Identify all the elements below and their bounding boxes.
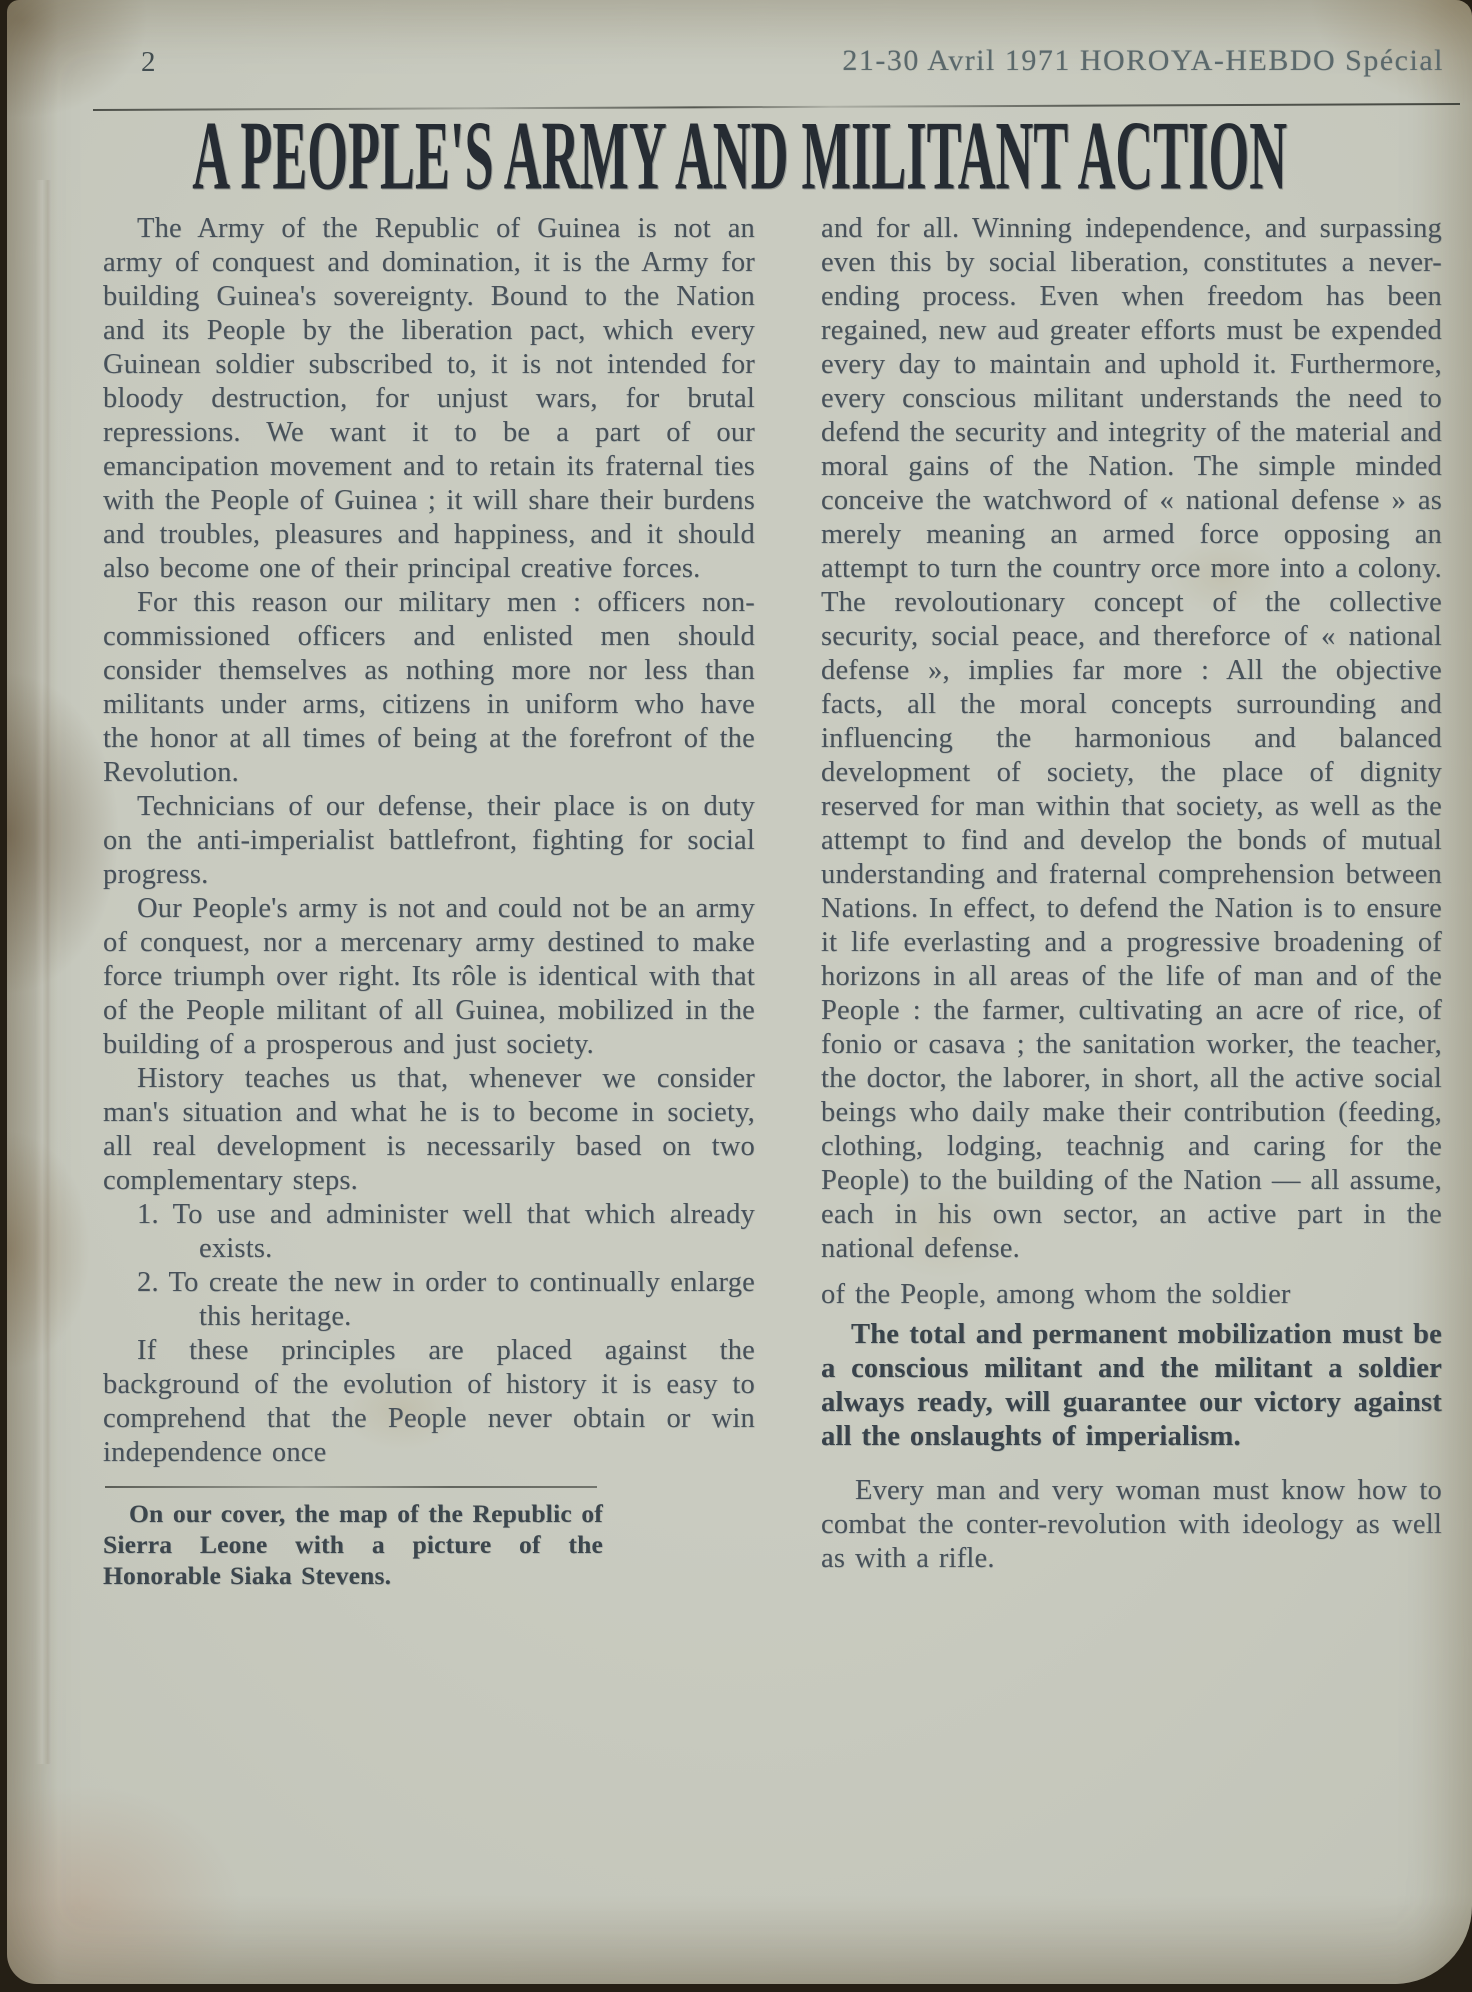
paragraph-every-man: Every man and very woman must know how t… xyxy=(821,1474,1442,1576)
numbered-list-item-1: 1. To use and administer well that which… xyxy=(103,1198,755,1266)
page-number: 2 xyxy=(141,46,157,79)
paragraph-army-intro: The Army of the Republic of Guinea is no… xyxy=(103,212,755,586)
page-header: 2 21-30 Avril 1971 HOROYA-HEBDO Spécial xyxy=(135,44,1444,84)
paragraph-principles: If these principles are placed against t… xyxy=(103,1334,755,1470)
paragraph-mobilization-bold: The total and permanent mobilization mus… xyxy=(821,1318,1442,1454)
article-title: A PEOPLE'S ARMY AND MILITANT ACTION xyxy=(192,105,1287,207)
cover-footnote: On our cover, the map of the Republic of… xyxy=(103,1498,603,1591)
article-title-wrap: A PEOPLE'S ARMY AND MILITANT ACTION xyxy=(7,98,1472,214)
paper-sheet: 2 21-30 Avril 1971 HOROYA-HEBDO Spécial … xyxy=(7,0,1472,1984)
paragraph-orphan-line: of the People, among whom the soldier xyxy=(821,1278,1442,1312)
paragraph-peoples-army: Our People's army is not and could not b… xyxy=(103,892,755,1062)
paragraph-history: History teaches us that, whenever we con… xyxy=(103,1062,755,1198)
paragraph-national-defense: and for all. Winning independence, and s… xyxy=(821,212,1442,1266)
left-column: The Army of the Republic of Guinea is no… xyxy=(103,212,755,1591)
paper-crease xyxy=(35,180,51,1764)
numbered-list-item-2: 2. To create the new in order to continu… xyxy=(103,1266,755,1334)
footnote-rule xyxy=(105,1486,597,1488)
article-body: The Army of the Republic of Guinea is no… xyxy=(103,212,1442,1591)
right-column: and for all. Winning independence, and s… xyxy=(821,212,1442,1591)
scanned-newspaper-page: 2 21-30 Avril 1971 HOROYA-HEBDO Spécial … xyxy=(0,0,1472,1992)
paragraph-military-men: For this reason our military men : offic… xyxy=(103,586,755,790)
issue-date: 21-30 Avril 1971 HOROYA-HEBDO Spécial xyxy=(842,44,1444,78)
paragraph-technicians: Technicians of our defense, their place … xyxy=(103,790,755,892)
